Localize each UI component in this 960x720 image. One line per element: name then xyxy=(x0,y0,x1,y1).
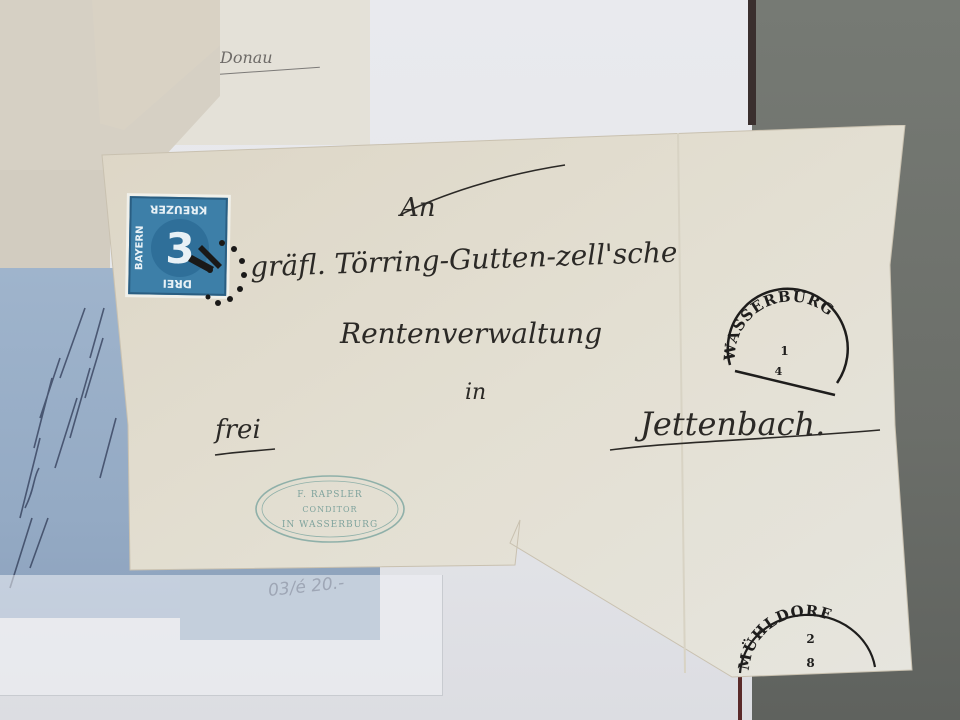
address-preposition: in xyxy=(465,380,486,405)
card-edge-shadow xyxy=(748,0,756,125)
svg-text:8: 8 xyxy=(806,656,815,670)
address-office: Rentenverwaltung xyxy=(340,317,602,350)
background-envelope-text: Donau xyxy=(220,48,273,67)
svg-text:WASSERBURG: WASSERBURG xyxy=(720,287,838,362)
address-salutation: An xyxy=(400,193,436,223)
wasserburg-postmark: WASSERBURG 1 4 xyxy=(715,283,855,413)
muhldorf-postmark: MÜHLDORF 2 8 xyxy=(735,595,885,675)
envelope-corner xyxy=(0,170,110,270)
svg-text:CONDITOR: CONDITOR xyxy=(302,505,357,514)
franking-note: frei xyxy=(215,415,261,445)
svg-text:4: 4 xyxy=(775,365,784,378)
svg-text:2: 2 xyxy=(806,632,815,646)
svg-text:F. RAPSLER: F. RAPSLER xyxy=(297,490,362,500)
svg-text:IN WASSERBURG: IN WASSERBURG xyxy=(282,520,378,530)
oval-merchant-stamp: F. RAPSLER CONDITOR IN WASSERBURG xyxy=(252,469,412,549)
svg-text:MÜHLDORF: MÜHLDORF xyxy=(735,602,834,672)
svg-text:1: 1 xyxy=(780,344,789,358)
mill-wheel-cancel xyxy=(180,225,260,315)
photo-scene: Donau 03/é 20.- xyxy=(0,0,960,720)
stamp-bayern-label: BAYERN xyxy=(134,213,146,283)
